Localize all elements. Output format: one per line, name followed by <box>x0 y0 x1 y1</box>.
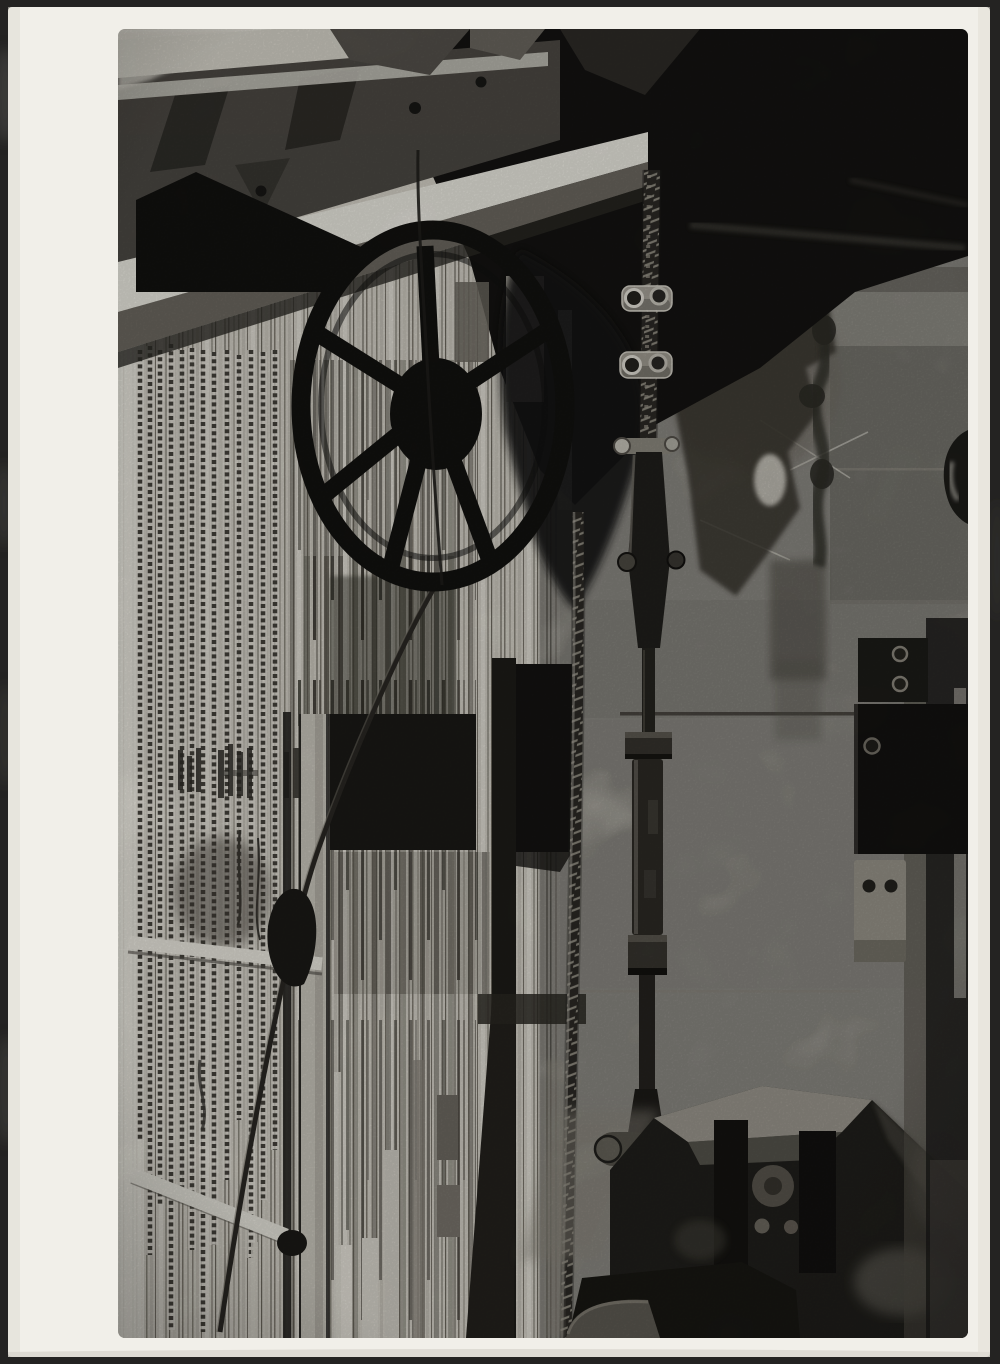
paper-edge-shade-right <box>978 7 990 1357</box>
paper-edge-shade-left <box>8 7 20 1357</box>
vignette <box>118 29 968 1338</box>
photograph <box>118 29 970 1340</box>
photograph-svg <box>0 0 1000 1364</box>
photo-print-scan <box>0 0 1000 1364</box>
